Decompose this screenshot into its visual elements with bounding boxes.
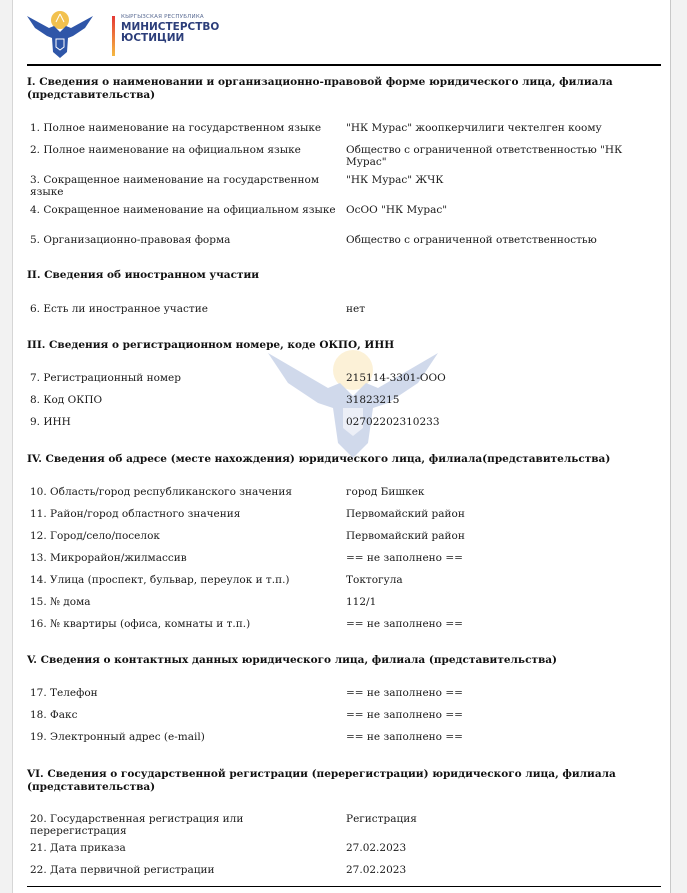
field-label: 11. Район/город областного значения (30, 508, 342, 520)
field-label: 14. Улица (проспект, бульвар, переулок и… (30, 574, 342, 586)
eagle-emblem-icon (27, 10, 93, 58)
ministry-logo: КЫРГЫЗСКАЯ РЕСПУБЛИКА МИНИСТЕРСТВО ЮСТИЦ… (27, 10, 327, 60)
field-value: 31823215 (346, 394, 646, 406)
field-label: 12. Город/село/поселок (30, 530, 342, 542)
top-divider (27, 64, 661, 66)
section-title-6: VI. Сведения о государственной регистрац… (27, 768, 647, 794)
field-value: Регистрация (346, 813, 646, 825)
field-label: 9. ИНН (30, 416, 342, 428)
field-value: 27.02.2023 (346, 864, 646, 876)
field-label: 19. Электронный адрес (e-mail) (30, 731, 342, 743)
field-value: Общество с ограниченной ответственностью… (346, 144, 646, 168)
field-label: 1. Полное наименование на государственно… (30, 122, 342, 134)
field-value: Первомайский район (346, 530, 646, 542)
field-value: == не заполнено == (346, 731, 646, 743)
field-label: 21. Дата приказа (30, 842, 342, 854)
field-label: 6. Есть ли иностранное участие (30, 303, 342, 315)
field-label: 13. Микрорайон/жилмассив (30, 552, 342, 564)
field-value: == не заполнено == (346, 552, 646, 564)
logo-ministry-title: МИНИСТЕРСТВО ЮСТИЦИИ (121, 22, 219, 44)
field-value: нет (346, 303, 646, 315)
field-label: 8. Код ОКПО (30, 394, 342, 406)
field-value: "НК Мурас" жоопкерчилиги чектелген коому (346, 122, 646, 134)
field-label: 5. Организационно-правовая форма (30, 234, 342, 246)
field-label: 3. Сокращенное наименование на государст… (30, 174, 342, 198)
section-title-4: IV. Сведения об адресе (месте нахождения… (27, 453, 647, 466)
section-title-5: V. Сведения о контактных данных юридичес… (27, 654, 647, 667)
field-value: 215114-3301-ООО (346, 372, 646, 384)
field-value: "НК Мурас" ЖЧК (346, 174, 646, 186)
bottom-divider (27, 886, 661, 887)
logo-country-text: КЫРГЫЗСКАЯ РЕСПУБЛИКА (121, 14, 204, 20)
field-value: == не заполнено == (346, 687, 646, 699)
field-label: 15. № дома (30, 596, 342, 608)
field-label: 2. Полное наименование на официальном яз… (30, 144, 342, 156)
field-value: == не заполнено == (346, 709, 646, 721)
field-label: 7. Регистрационный номер (30, 372, 342, 384)
field-value: ОсОО "НК Мурас" (346, 204, 646, 216)
field-label: 22. Дата первичной регистрации (30, 864, 342, 876)
field-value: Общество с ограниченной ответственностью (346, 234, 646, 246)
field-label: 4. Сокращенное наименование на официальн… (30, 204, 342, 216)
logo-divider (112, 16, 115, 56)
section-title-1: I. Сведения о наименовании и организацио… (27, 76, 647, 102)
field-label: 18. Факс (30, 709, 342, 721)
field-value: 112/1 (346, 596, 646, 608)
field-label: 17. Телефон (30, 687, 342, 699)
field-value: город Бишкек (346, 486, 646, 498)
field-value: Токтогула (346, 574, 646, 586)
field-value: 27.02.2023 (346, 842, 646, 854)
field-value: == не заполнено == (346, 618, 646, 630)
field-label: 20. Государственная регистрация или пере… (30, 813, 342, 837)
section-title-2: II. Сведения об иностранном участии (27, 269, 647, 282)
field-label: 16. № квартиры (офиса, комнаты и т.п.) (30, 618, 342, 630)
section-title-3: III. Сведения о регистрационном номере, … (27, 339, 647, 352)
field-value: Первомайский район (346, 508, 646, 520)
field-value: 02702202310233 (346, 416, 646, 428)
document-page: КЫРГЫЗСКАЯ РЕСПУБЛИКА МИНИСТЕРСТВО ЮСТИЦ… (12, 0, 671, 893)
field-label: 10. Область/город республиканского значе… (30, 486, 342, 498)
